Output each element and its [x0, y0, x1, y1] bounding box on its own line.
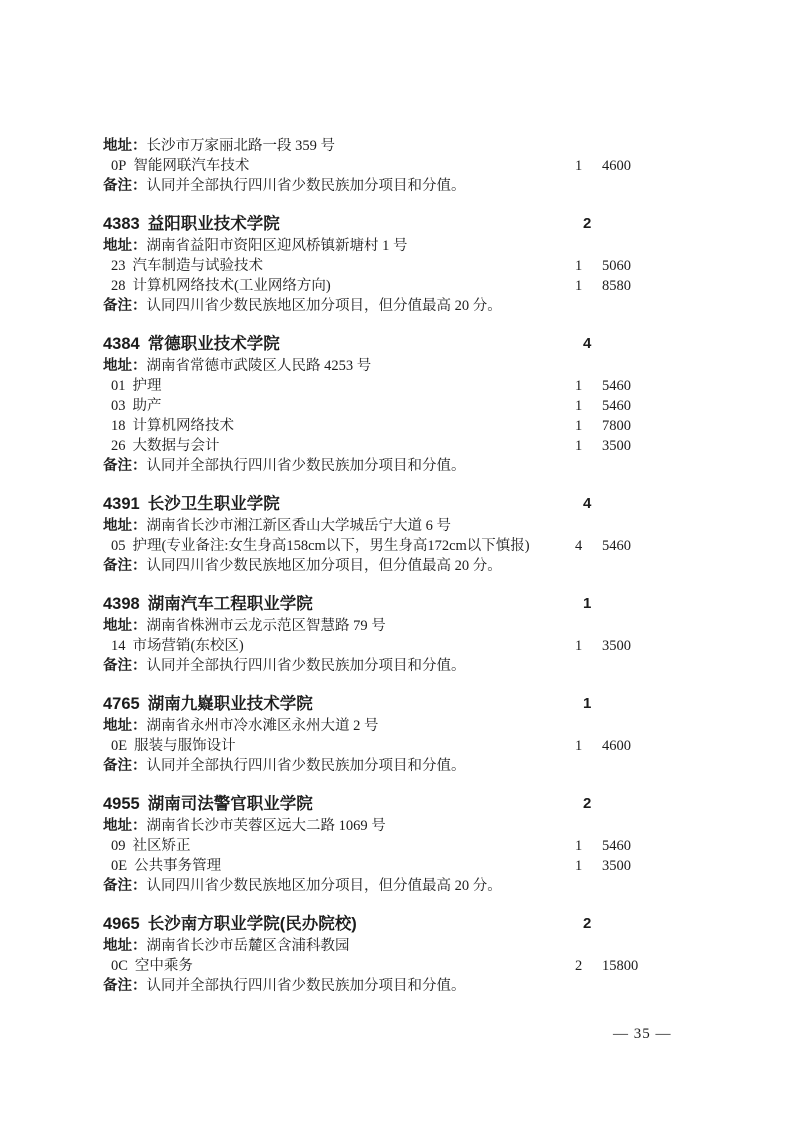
major-fee: 5460 — [602, 376, 631, 396]
remark-line: 备注：认同并全部执行四川省少数民族加分项目和分值。 — [103, 976, 651, 996]
major-plan-count: 2 — [575, 956, 582, 976]
address-text: 湖南省株洲市云龙示范区智慧路 79 号 — [147, 618, 386, 634]
major-name: 社区矫正 — [133, 838, 191, 854]
college-block: 4955湖南司法警官职业学院 2 地址：湖南省长沙市芙蓉区远大二路 1069 号… — [103, 792, 651, 896]
college-block: 4398湖南汽车工程职业学院 1 地址：湖南省株洲市云龙示范区智慧路 79 号 … — [103, 592, 651, 676]
major-row: 03助产 1 5460 — [103, 396, 651, 416]
college-plan-count: 2 — [583, 212, 591, 236]
college-block: 4384常德职业技术学院 4 地址：湖南省常德市武陵区人民路 4253 号 01… — [103, 332, 651, 476]
remark-label: 备注： — [103, 458, 147, 474]
major-code: 01 — [111, 378, 126, 394]
page-content: 地址：长沙市万家丽北路一段 359 号 0P智能网联汽车技术 1 4600 备注… — [103, 136, 651, 996]
remark-line: 备注：认同并全部执行四川省少数民族加分项目和分值。 — [103, 456, 651, 476]
address-label: 地址： — [103, 138, 147, 154]
major-code: 05 — [111, 538, 126, 554]
remark-label: 备注： — [103, 178, 147, 194]
major-fee: 7800 — [602, 416, 631, 436]
remark-text: 认同并全部执行四川省少数民族加分项目和分值。 — [147, 758, 466, 774]
college-code: 4398 — [103, 595, 140, 613]
major-fee: 4600 — [602, 736, 631, 756]
major-row: 05护理(专业备注:女生身高158cm以下，男生身高172cm以下慎报) 4 5… — [103, 536, 651, 556]
major-fee: 3500 — [602, 856, 631, 876]
major-row: 26大数据与会计 1 3500 — [103, 436, 651, 456]
major-fee: 5460 — [602, 536, 631, 556]
major-name: 空中乘务 — [135, 958, 193, 974]
major-plan-count: 1 — [575, 256, 582, 276]
remark-line: 备注：认同四川省少数民族地区加分项目，但分值最高 20 分。 — [103, 876, 651, 896]
college-header: 4398湖南汽车工程职业学院 1 — [103, 592, 651, 616]
major-code: 03 — [111, 398, 126, 414]
address-line: 地址：湖南省株洲市云龙示范区智慧路 79 号 — [103, 616, 651, 636]
major-name: 汽车制造与试验技术 — [133, 258, 264, 274]
address-line: 地址：湖南省常德市武陵区人民路 4253 号 — [103, 356, 651, 376]
major-name: 计算机网络技术 — [133, 418, 235, 434]
major-fee: 15800 — [602, 956, 638, 976]
major-plan-count: 1 — [575, 436, 582, 456]
remark-text: 认同并全部执行四川省少数民族加分项目和分值。 — [147, 978, 466, 994]
address-line: 地址：湖南省长沙市岳麓区含浦科教园 — [103, 936, 651, 956]
major-row: 14市场营销(东校区) 1 3500 — [103, 636, 651, 656]
page-number: — 35 — — [613, 1026, 672, 1043]
address-label: 地址： — [103, 818, 147, 834]
major-row: 18计算机网络技术 1 7800 — [103, 416, 651, 436]
major-name: 护理 — [133, 378, 162, 394]
remark-label: 备注： — [103, 298, 147, 314]
major-code: 0E — [111, 858, 127, 874]
college-block-continuation: 地址：长沙市万家丽北路一段 359 号 0P智能网联汽车技术 1 4600 备注… — [103, 136, 651, 196]
college-header: 4384常德职业技术学院 4 — [103, 332, 651, 356]
major-fee: 8580 — [602, 276, 631, 296]
address-text: 湖南省永州市冷水滩区永州大道 2 号 — [147, 718, 379, 734]
address-text: 长沙市万家丽北路一段 359 号 — [147, 138, 336, 154]
major-plan-count: 1 — [575, 736, 582, 756]
major-plan-count: 1 — [575, 156, 582, 176]
remark-line: 备注：认同并全部执行四川省少数民族加分项目和分值。 — [103, 756, 651, 776]
college-header: 4391长沙卫生职业学院 4 — [103, 492, 651, 516]
major-row: 0E服装与服饰设计 1 4600 — [103, 736, 651, 756]
address-line: 地址：湖南省长沙市芙蓉区远大二路 1069 号 — [103, 816, 651, 836]
major-plan-count: 1 — [575, 856, 582, 876]
remark-label: 备注： — [103, 558, 147, 574]
remark-text: 认同并全部执行四川省少数民族加分项目和分值。 — [147, 658, 466, 674]
document-page: 地址：长沙市万家丽北路一段 359 号 0P智能网联汽车技术 1 4600 备注… — [0, 0, 794, 1123]
major-code: 14 — [111, 638, 126, 654]
major-row: 23汽车制造与试验技术 1 5060 — [103, 256, 651, 276]
major-row: 0P智能网联汽车技术 1 4600 — [103, 156, 651, 176]
address-text: 湖南省长沙市岳麓区含浦科教园 — [147, 938, 350, 954]
remark-line: 备注：认同并全部执行四川省少数民族加分项目和分值。 — [103, 656, 651, 676]
major-code: 09 — [111, 838, 126, 854]
college-header: 4955湖南司法警官职业学院 2 — [103, 792, 651, 816]
remark-label: 备注： — [103, 658, 147, 674]
major-code: 18 — [111, 418, 126, 434]
major-name: 市场营销(东校区) — [133, 638, 244, 654]
college-header: 4965长沙南方职业学院(民办院校) 2 — [103, 912, 651, 936]
college-plan-count: 4 — [583, 492, 591, 516]
remark-label: 备注： — [103, 878, 147, 894]
major-fee: 4600 — [602, 156, 631, 176]
major-row: 01护理 1 5460 — [103, 376, 651, 396]
remark-label: 备注： — [103, 758, 147, 774]
college-name: 益阳职业技术学院 — [148, 215, 280, 233]
major-row: 09社区矫正 1 5460 — [103, 836, 651, 856]
major-code: 23 — [111, 258, 126, 274]
address-text: 湖南省长沙市湘江新区香山大学城岳宁大道 6 号 — [147, 518, 452, 534]
college-block: 4391长沙卫生职业学院 4 地址：湖南省长沙市湘江新区香山大学城岳宁大道 6 … — [103, 492, 651, 576]
address-label: 地址： — [103, 718, 147, 734]
major-plan-count: 1 — [575, 276, 582, 296]
college-name: 长沙南方职业学院(民办院校) — [148, 915, 357, 933]
major-plan-count: 4 — [575, 536, 582, 556]
college-block: 4965长沙南方职业学院(民办院校) 2 地址：湖南省长沙市岳麓区含浦科教园 0… — [103, 912, 651, 996]
address-line: 地址：湖南省长沙市湘江新区香山大学城岳宁大道 6 号 — [103, 516, 651, 536]
remark-text: 认同四川省少数民族地区加分项目，但分值最高 20 分。 — [147, 298, 502, 314]
major-name: 大数据与会计 — [133, 438, 220, 454]
major-plan-count: 1 — [575, 836, 582, 856]
college-code: 4391 — [103, 495, 140, 513]
college-plan-count: 4 — [583, 332, 591, 356]
major-row: 0E公共事务管理 1 3500 — [103, 856, 651, 876]
address-text: 湖南省常德市武陵区人民路 4253 号 — [147, 358, 372, 374]
page-number-dash-right: — — [656, 1026, 672, 1042]
college-plan-count: 1 — [583, 592, 591, 616]
major-fee: 5060 — [602, 256, 631, 276]
major-fee: 3500 — [602, 636, 631, 656]
college-plan-count: 2 — [583, 912, 591, 936]
remark-text: 认同并全部执行四川省少数民族加分项目和分值。 — [147, 458, 466, 474]
college-header: 4765湖南九嶷职业技术学院 1 — [103, 692, 651, 716]
address-label: 地址： — [103, 938, 147, 954]
college-block: 4383益阳职业技术学院 2 地址：湖南省益阳市资阳区迎风桥镇新塘村 1 号 2… — [103, 212, 651, 316]
college-name: 常德职业技术学院 — [148, 335, 280, 353]
major-plan-count: 1 — [575, 636, 582, 656]
address-label: 地址： — [103, 518, 147, 534]
major-fee: 5460 — [602, 396, 631, 416]
remark-text: 认同并全部执行四川省少数民族加分项目和分值。 — [147, 178, 466, 194]
major-row: 28计算机网络技术(工业网络方向) 1 8580 — [103, 276, 651, 296]
major-code: 0P — [111, 158, 126, 174]
major-plan-count: 1 — [575, 396, 582, 416]
address-text: 湖南省长沙市芙蓉区远大二路 1069 号 — [147, 818, 386, 834]
college-code: 4384 — [103, 335, 140, 353]
remark-label: 备注： — [103, 978, 147, 994]
address-label: 地址： — [103, 238, 147, 254]
major-name: 计算机网络技术(工业网络方向) — [133, 278, 331, 294]
remark-line: 备注：认同并全部执行四川省少数民族加分项目和分值。 — [103, 176, 651, 196]
major-code: 26 — [111, 438, 126, 454]
major-code: 0C — [111, 958, 128, 974]
address-label: 地址： — [103, 618, 147, 634]
college-plan-count: 2 — [583, 792, 591, 816]
college-code: 4765 — [103, 695, 140, 713]
major-name: 护理(专业备注:女生身高158cm以下，男生身高172cm以下慎报) — [133, 538, 530, 554]
address-label: 地址： — [103, 358, 147, 374]
major-row: 0C空中乘务 2 15800 — [103, 956, 651, 976]
address-line: 地址：湖南省永州市冷水滩区永州大道 2 号 — [103, 716, 651, 736]
major-fee: 5460 — [602, 836, 631, 856]
address-text: 湖南省益阳市资阳区迎风桥镇新塘村 1 号 — [147, 238, 408, 254]
remark-line: 备注：认同四川省少数民族地区加分项目，但分值最高 20 分。 — [103, 296, 651, 316]
page-number-dash-left: — — [613, 1026, 629, 1042]
major-code: 28 — [111, 278, 126, 294]
college-name: 长沙卫生职业学院 — [148, 495, 280, 513]
college-name: 湖南九嶷职业技术学院 — [148, 695, 313, 713]
major-plan-count: 1 — [575, 376, 582, 396]
college-name: 湖南汽车工程职业学院 — [148, 595, 313, 613]
major-code: 0E — [111, 738, 127, 754]
address-line: 地址：长沙市万家丽北路一段 359 号 — [103, 136, 651, 156]
college-block: 4765湖南九嶷职业技术学院 1 地址：湖南省永州市冷水滩区永州大道 2 号 0… — [103, 692, 651, 776]
major-fee: 3500 — [602, 436, 631, 456]
major-name: 助产 — [133, 398, 162, 414]
college-code: 4955 — [103, 795, 140, 813]
college-code: 4965 — [103, 915, 140, 933]
college-header: 4383益阳职业技术学院 2 — [103, 212, 651, 236]
major-name: 服装与服饰设计 — [134, 738, 236, 754]
major-name: 公共事务管理 — [134, 858, 221, 874]
remark-line: 备注：认同四川省少数民族地区加分项目，但分值最高 20 分。 — [103, 556, 651, 576]
address-line: 地址：湖南省益阳市资阳区迎风桥镇新塘村 1 号 — [103, 236, 651, 256]
remark-text: 认同四川省少数民族地区加分项目，但分值最高 20 分。 — [147, 558, 502, 574]
college-plan-count: 1 — [583, 692, 591, 716]
major-plan-count: 1 — [575, 416, 582, 436]
college-name: 湖南司法警官职业学院 — [148, 795, 313, 813]
major-name: 智能网联汽车技术 — [133, 158, 249, 174]
remark-text: 认同四川省少数民族地区加分项目，但分值最高 20 分。 — [147, 878, 502, 894]
page-number-value: 35 — [634, 1026, 651, 1042]
college-code: 4383 — [103, 215, 140, 233]
